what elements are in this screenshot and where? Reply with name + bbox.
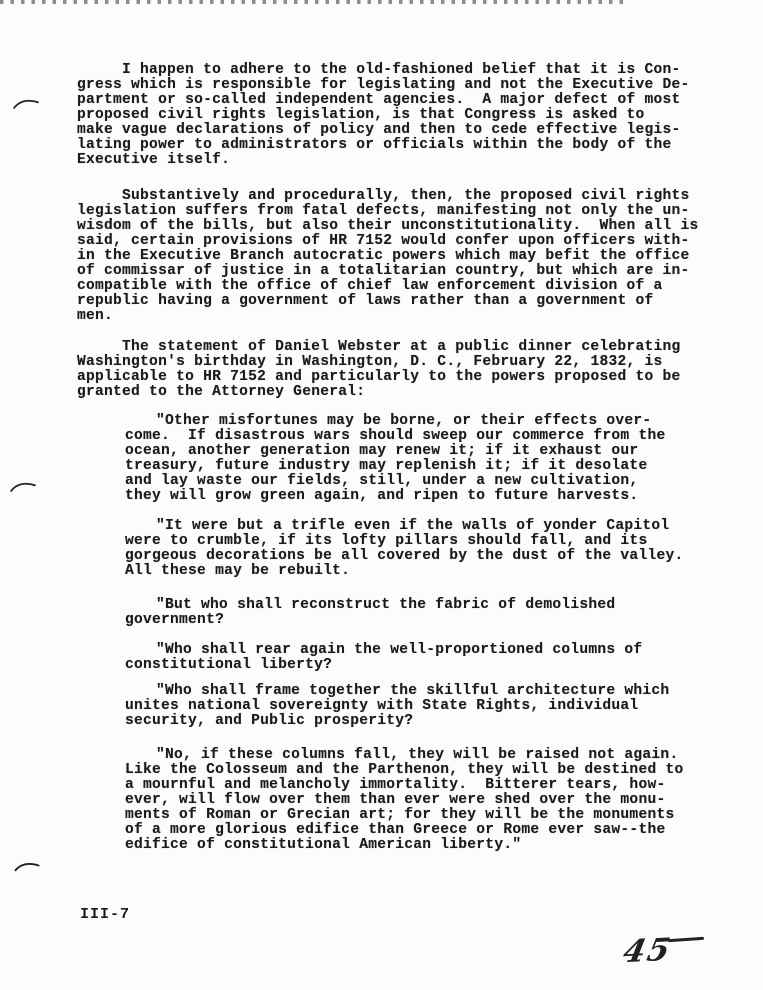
quote-skillful-architecture: "Who shall frame together the skillful a…: [125, 684, 735, 729]
paragraph-congress-belief: I happen to adhere to the old-fashioned …: [77, 63, 737, 168]
perforation-dashed-line: [0, 0, 630, 4]
quote-trifle-capitol: "It were but a trifle even if the walls …: [125, 519, 735, 579]
paragraph-webster-intro: The statement of Daniel Webster at a pub…: [77, 340, 737, 400]
scanned-document-page: I happen to adhere to the old-fashioned …: [0, 0, 763, 990]
pen-arc-mark-icon: [9, 477, 37, 495]
page-number-label: III-7: [80, 906, 130, 923]
paragraph-fatal-defects: Substantively and procedurally, then, th…: [77, 189, 737, 324]
quote-rear-columns: "Who shall rear again the well-proportio…: [125, 643, 735, 673]
handwritten-page-number: 45: [624, 933, 714, 975]
pen-arc-mark-icon: [12, 858, 42, 873]
quote-columns-fall: "No, if these columns fall, they will be…: [125, 748, 735, 853]
quote-reconstruct-fabric: "But who shall reconstruct the fabric of…: [125, 598, 735, 628]
handwritten-digits: 45: [620, 932, 675, 970]
quote-other-misfortunes: "Other misfortunes may be borne, or thei…: [125, 414, 735, 504]
pen-arc-mark-icon: [12, 94, 40, 112]
